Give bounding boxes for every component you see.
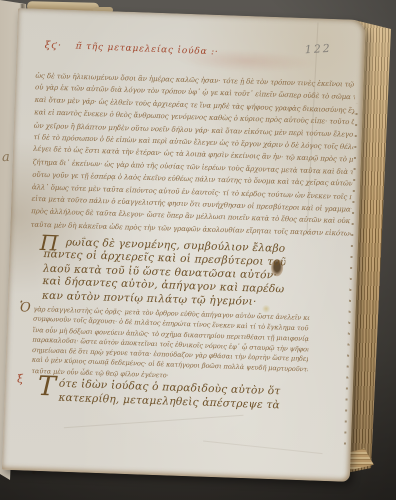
commentary-block-1: ὡς δὲ τῶν ἡλικιωμένων ὅσοι ἂν ἡμέρας καλ… (30, 71, 355, 242)
commentary-initial-omicron: Ὁ (19, 300, 31, 315)
commentary-block-2: γὰρ εὐαγγελιστὴς ὡς ὁρᾷς· μετὰ τὸν ὄρθρο… (31, 305, 309, 386)
folio-number: 122 (304, 42, 332, 56)
gospel-initial-tau: Τ (37, 371, 56, 403)
parchment-crease (203, 441, 322, 455)
rubric-title: π̃ τῆς μεταμελείας ἰούδα :· (76, 42, 219, 58)
parchment-crease (64, 415, 244, 429)
showthrough-letter: a (2, 150, 10, 165)
chapter-number: ξϛ· (45, 40, 63, 52)
gospel-block-1: ρωΐας δὲ γενομένης, συμβούλιον ἔλαβονπάν… (42, 235, 286, 310)
marginal-red-mark: ξ (17, 372, 24, 385)
rubric-row: ξϛ· π̃ τῆς μεταμελείας ἰούδα :· (45, 40, 220, 57)
photo-background: { "folio": { "number": "122" }, "rubric"… (0, 0, 396, 500)
manuscript-page: ξϛ· π̃ τῆς μεταμελείας ἰούδα :· 122 ὡς δ… (2, 8, 366, 482)
